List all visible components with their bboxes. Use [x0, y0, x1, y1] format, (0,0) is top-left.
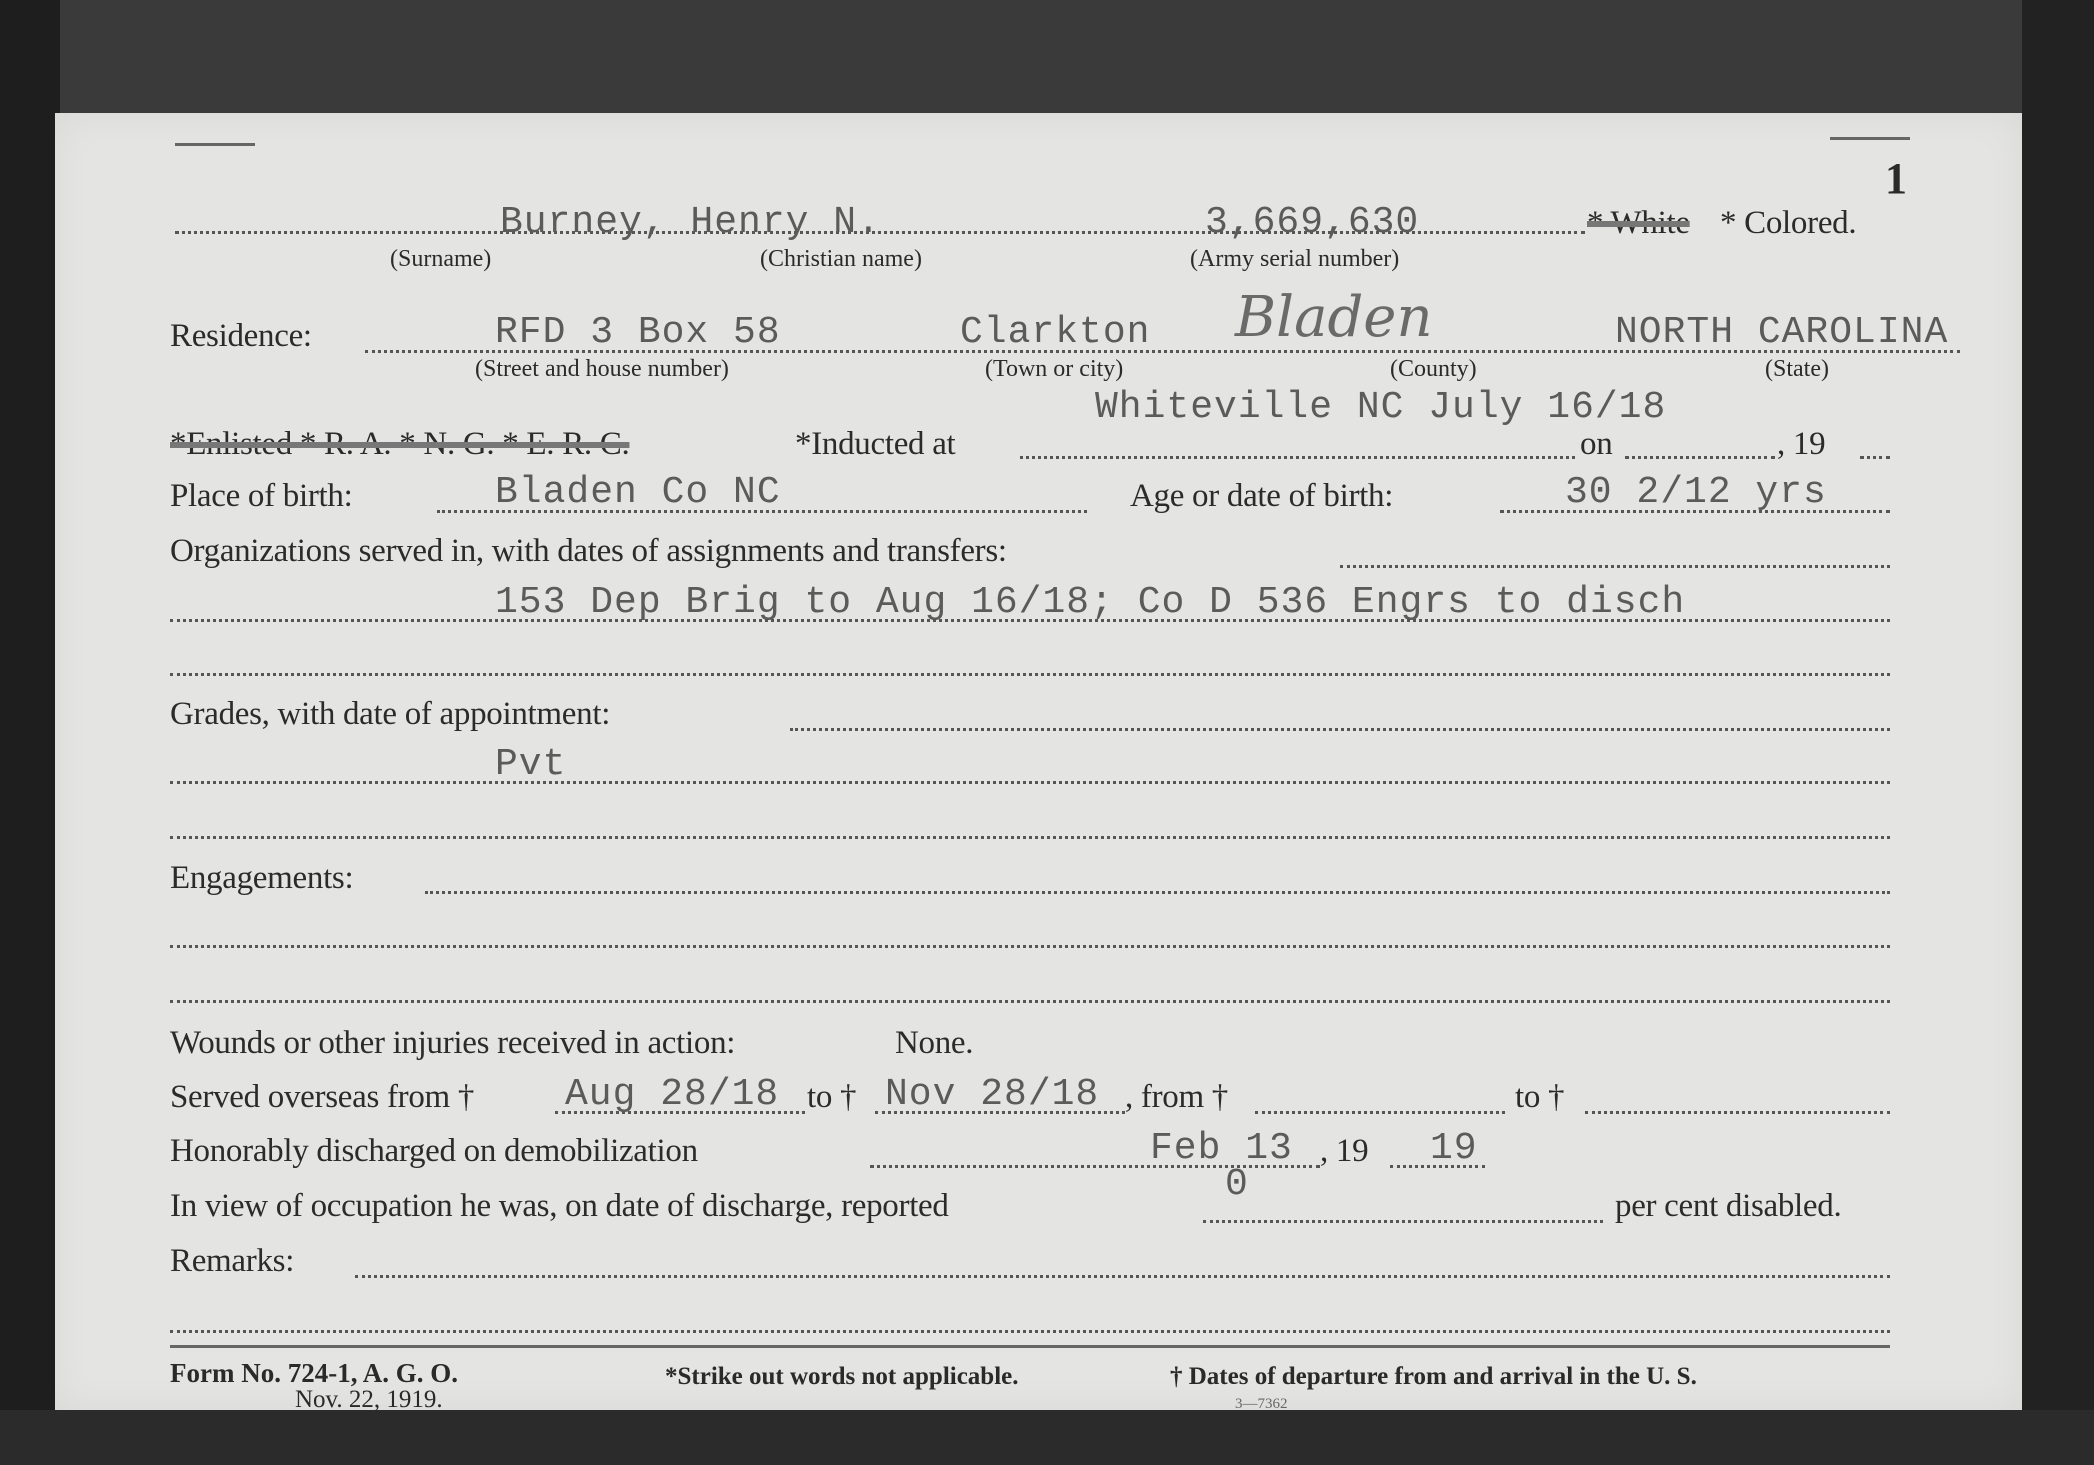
discharge-label: Honorably discharged on demobilization: [170, 1133, 698, 1170]
place-of-birth-label: Place of birth:: [170, 478, 352, 515]
overseas-to-value: Nov 28/18: [885, 1073, 1099, 1116]
serial-number-caption: (Army serial number): [1190, 246, 1399, 273]
wounds-label: Wounds or other injuries received in act…: [170, 1025, 735, 1062]
residence-street: RFD 3 Box 58: [495, 311, 781, 354]
race-colored-option: * Colored.: [1720, 205, 1856, 242]
grades-value: Pvt: [495, 743, 566, 786]
overseas-from2-line: [1255, 1111, 1505, 1114]
discharge-year-prefix: , 19: [1320, 1133, 1368, 1170]
age-label: Age or date of birth:: [1130, 478, 1393, 515]
organizations-line-1: [1340, 565, 1890, 568]
dates-note: † Dates of departure from and arrival in…: [1170, 1363, 1697, 1391]
enlistment-struck-options: *Enlisted * R. A. * N. G. * E. R. C.: [170, 426, 629, 463]
organizations-line-3: [170, 673, 1890, 676]
service-record-card: 1 Burney, Henry N. (Surname) (Christian …: [55, 113, 2022, 1410]
grades-label: Grades, with date of appointment:: [170, 696, 610, 733]
print-code: 3—7362: [1235, 1396, 1288, 1413]
grades-line-3: [170, 836, 1890, 839]
organizations-value: 153 Dep Brig to Aug 16/18; Co D 536 Engr…: [495, 581, 1685, 624]
footer-divider: [170, 1345, 1890, 1348]
engagements-line-3: [170, 1000, 1890, 1003]
remarks-line-1: [355, 1275, 1890, 1278]
overseas-from2-label: , from †: [1125, 1079, 1228, 1116]
county-caption: (County): [1390, 356, 1477, 383]
engagements-line-1: [425, 891, 1890, 894]
grades-line-2: [170, 781, 1890, 784]
residence-state: NORTH CAROLINA: [1615, 311, 1948, 354]
street-caption: (Street and house number): [475, 356, 729, 383]
age-value: 30 2/12 yrs: [1565, 471, 1827, 514]
overseas-to2-label: to †: [1515, 1079, 1564, 1116]
name-value: Burney, Henry N.: [500, 201, 881, 244]
residence-county: Bladen: [1235, 285, 1433, 350]
strike-note: *Strike out words not applicable.: [665, 1363, 1019, 1391]
scan-background-left: [0, 0, 60, 1465]
residence-label: Residence:: [170, 318, 312, 355]
grades-line-1: [790, 728, 1890, 731]
residence-town: Clarkton: [960, 311, 1150, 354]
inducted-value: Whiteville NC July 16/18: [1095, 386, 1666, 429]
form-date: Nov. 22, 1919.: [295, 1386, 443, 1414]
inducted-year-prefix: , 19: [1777, 426, 1825, 463]
overseas-label: Served overseas from †: [170, 1079, 474, 1116]
christian-name-caption: (Christian name): [760, 246, 922, 273]
inducted-label: *Inducted at: [795, 426, 955, 463]
organizations-line-2: [170, 619, 1890, 622]
scan-background-right: [2022, 0, 2094, 1465]
disability-suffix: per cent disabled.: [1615, 1188, 1841, 1225]
overseas-from-value: Aug 28/18: [565, 1073, 779, 1116]
page-number: 1: [1885, 153, 1907, 204]
overseas-to-label: to †: [807, 1079, 856, 1116]
scan-background-bottom: [0, 1410, 2094, 1465]
discharge-year: 19: [1430, 1127, 1478, 1170]
wounds-value: None.: [895, 1025, 973, 1062]
race-white-option: * White: [1587, 205, 1690, 242]
inducted-date-line: [1625, 456, 1775, 459]
engagements-label: Engagements:: [170, 860, 353, 897]
inducted-on-label: on: [1580, 426, 1612, 463]
form-number: Form No. 724-1, A. G. O.: [170, 1358, 458, 1389]
inducted-year-line: [1860, 456, 1890, 459]
engagements-line-2: [170, 945, 1890, 948]
disability-line: [1203, 1220, 1603, 1223]
disability-value: 0: [1225, 1163, 1249, 1206]
place-of-birth-value: Bladen Co NC: [495, 471, 781, 514]
top-right-mark: [1830, 137, 1910, 140]
remarks-label: Remarks:: [170, 1243, 294, 1280]
inducted-line: [1020, 456, 1575, 459]
remarks-line-2: [170, 1330, 1890, 1333]
disability-label: In view of occupation he was, on date of…: [170, 1188, 949, 1225]
town-caption: (Town or city): [985, 356, 1123, 383]
discharge-date: Feb 13: [1150, 1127, 1293, 1170]
organizations-label: Organizations served in, with dates of a…: [170, 533, 1007, 570]
top-left-mark: [175, 143, 255, 146]
overseas-to2-line: [1585, 1111, 1890, 1114]
surname-caption: (Surname): [390, 246, 491, 273]
state-caption: (State): [1765, 356, 1829, 383]
serial-number-value: 3,669,630: [1205, 201, 1419, 244]
